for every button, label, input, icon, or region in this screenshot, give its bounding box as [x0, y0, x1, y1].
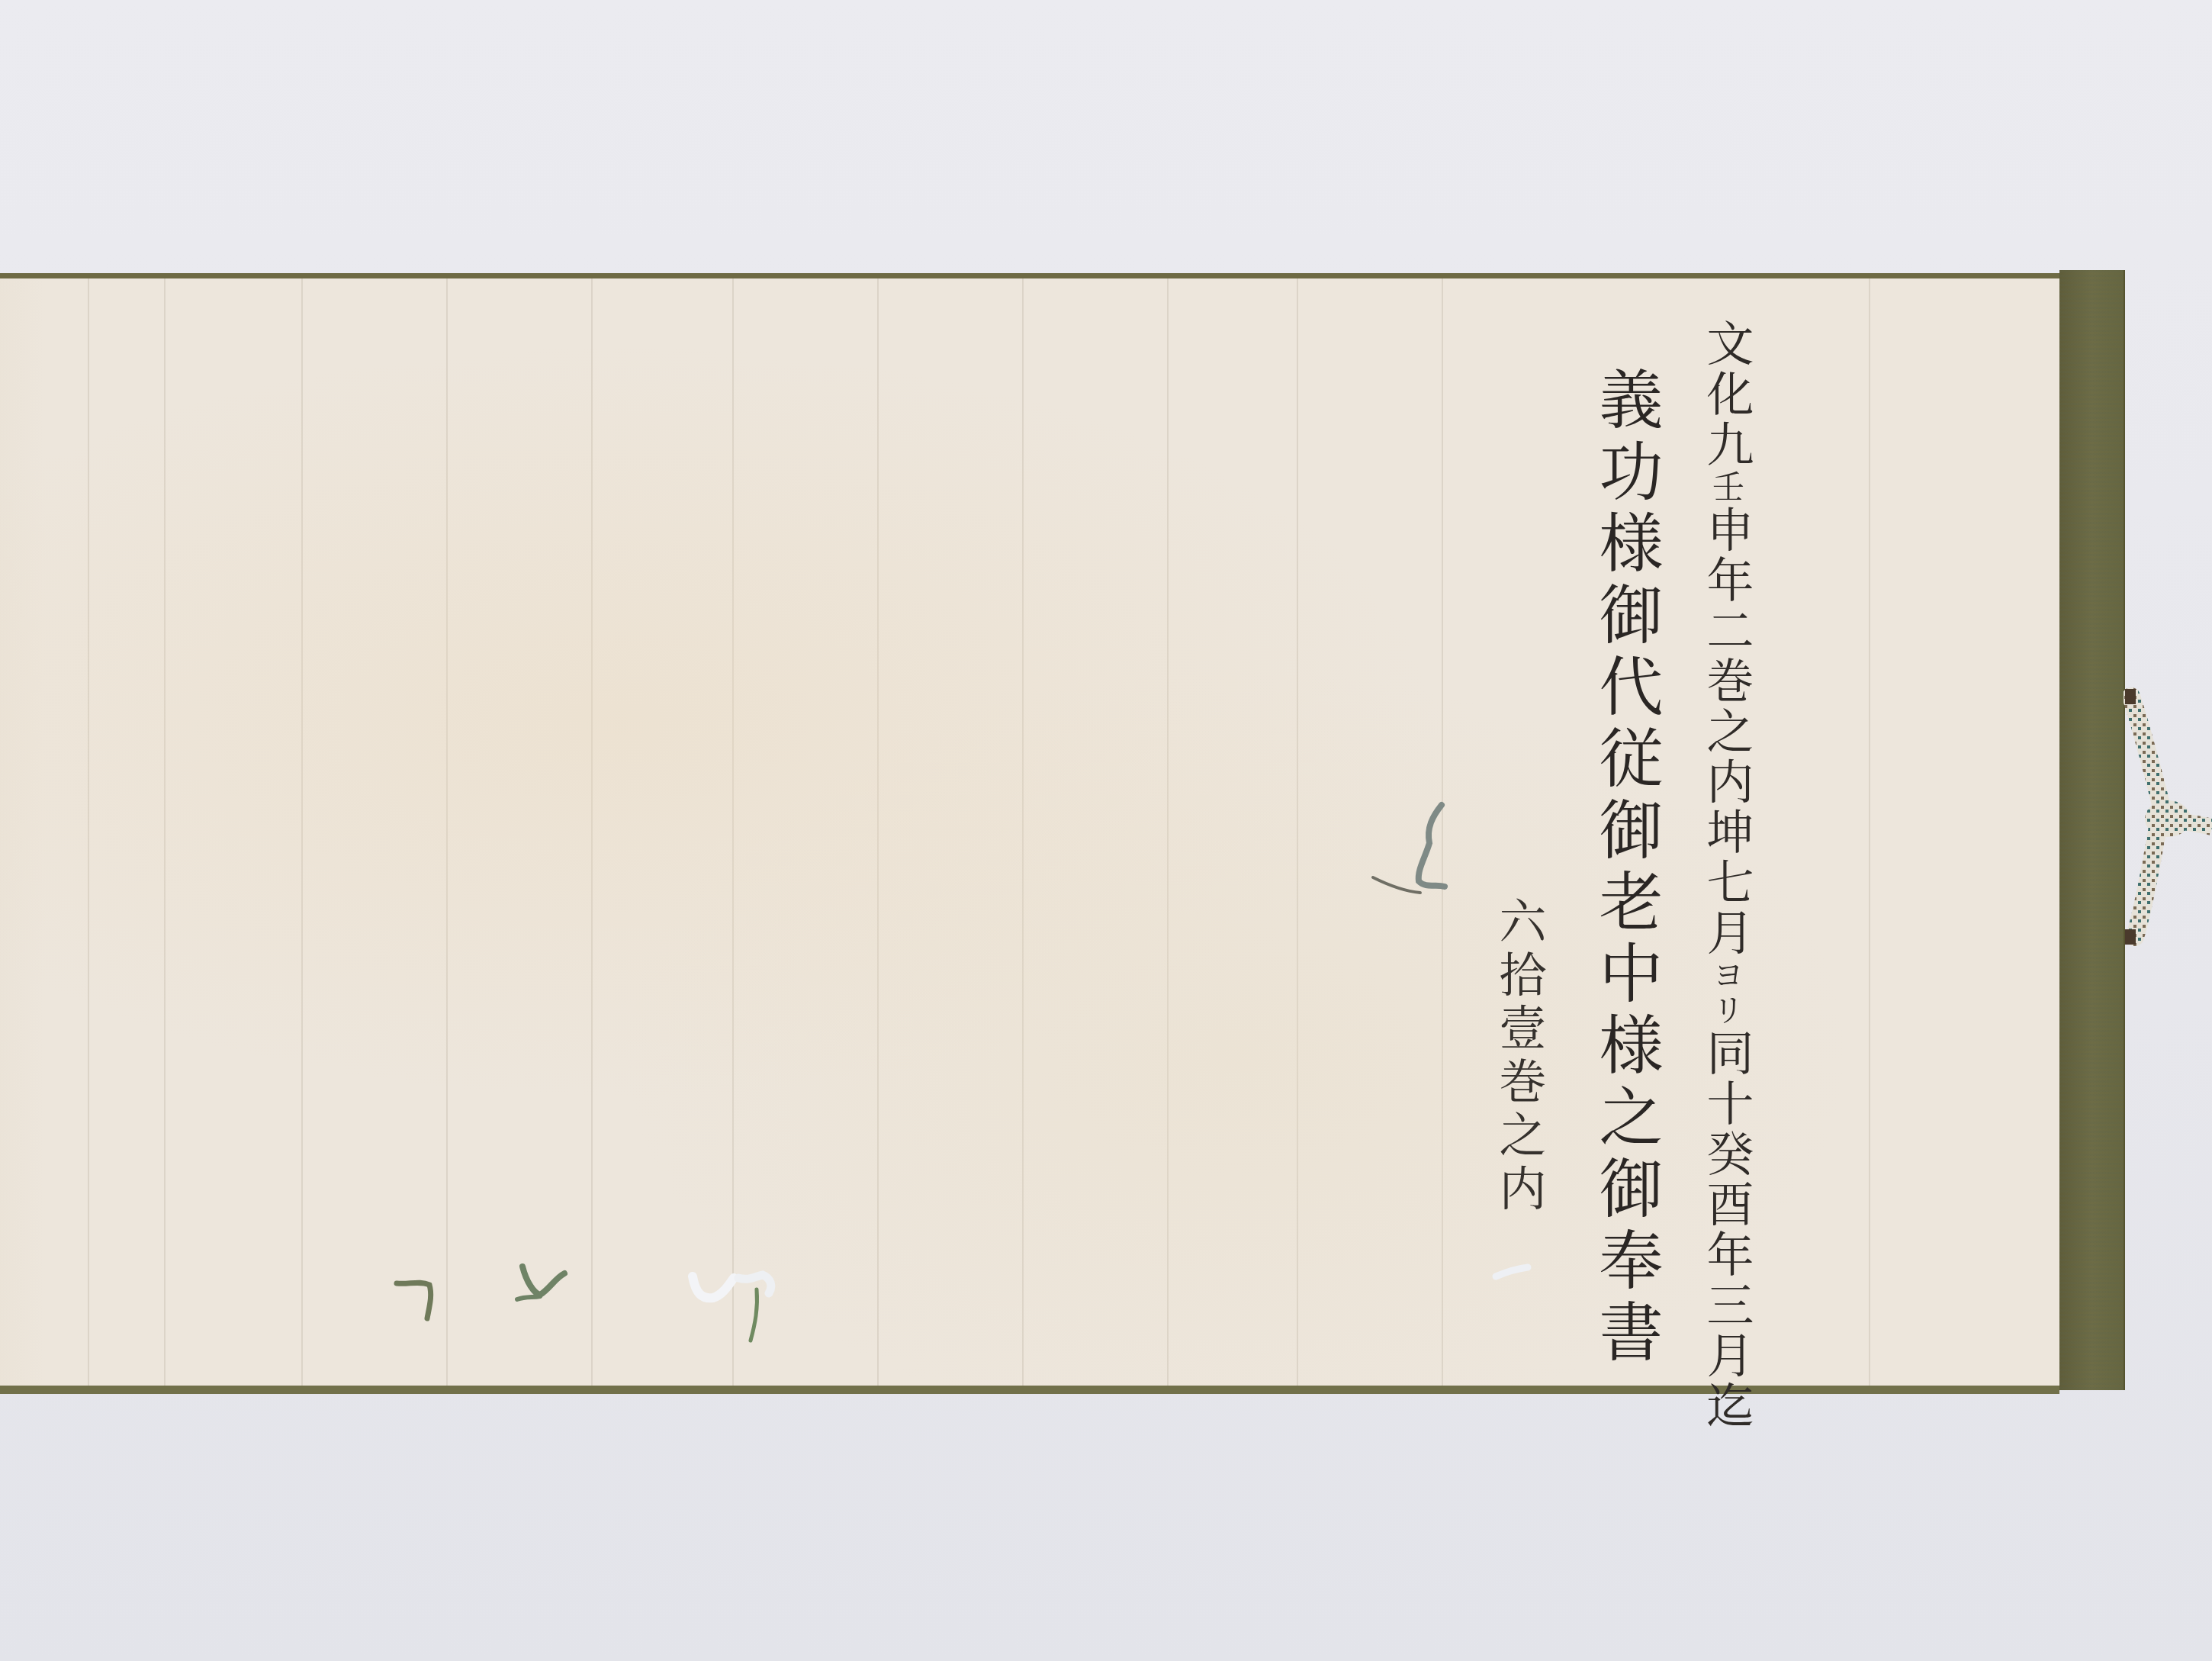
- ruled-line: [88, 278, 89, 1386]
- ruled-line: [732, 278, 734, 1386]
- end-date-text: 同十癸酉年三月迄: [1699, 1028, 1754, 1431]
- wormhole-damage: [393, 1274, 439, 1328]
- wormhole-damage: [511, 1263, 572, 1309]
- yori-kana-text: ヨリ: [1708, 958, 1745, 1028]
- ruled-line: [877, 278, 879, 1386]
- wormhole-damage: [1350, 786, 1449, 900]
- zodiac-small-text: 壬: [1708, 470, 1745, 505]
- wormhole-hole: [686, 1270, 740, 1305]
- handscroll: [0, 273, 2105, 1395]
- silk-mount-edge: [2059, 270, 2125, 1390]
- ruled-line: [446, 278, 448, 1386]
- cord-tie: [2124, 685, 2212, 990]
- volume-number-column: 六拾壹巻之内: [1495, 896, 1542, 1217]
- ruled-line: [1869, 278, 1870, 1386]
- date-range-column: 文化九壬申年二巻之内坤七月ヨリ同十癸酉年三月迄: [1702, 319, 1750, 1431]
- ruled-line: [1167, 278, 1169, 1386]
- wormhole-hole: [1491, 1263, 1533, 1282]
- wormhole-hole: [734, 1270, 780, 1347]
- ruled-line: [301, 278, 303, 1386]
- ruled-line: [591, 278, 593, 1386]
- main-title-column: 義功様御代従御老中様之御奉書: [1594, 366, 1658, 1370]
- era-year-text: 文化九: [1699, 319, 1754, 470]
- volume-month-text: 申年二巻之内坤七月: [1699, 505, 1754, 958]
- ruled-line: [164, 278, 166, 1386]
- ruled-line: [1022, 278, 1024, 1386]
- ruled-line: [1297, 278, 1298, 1386]
